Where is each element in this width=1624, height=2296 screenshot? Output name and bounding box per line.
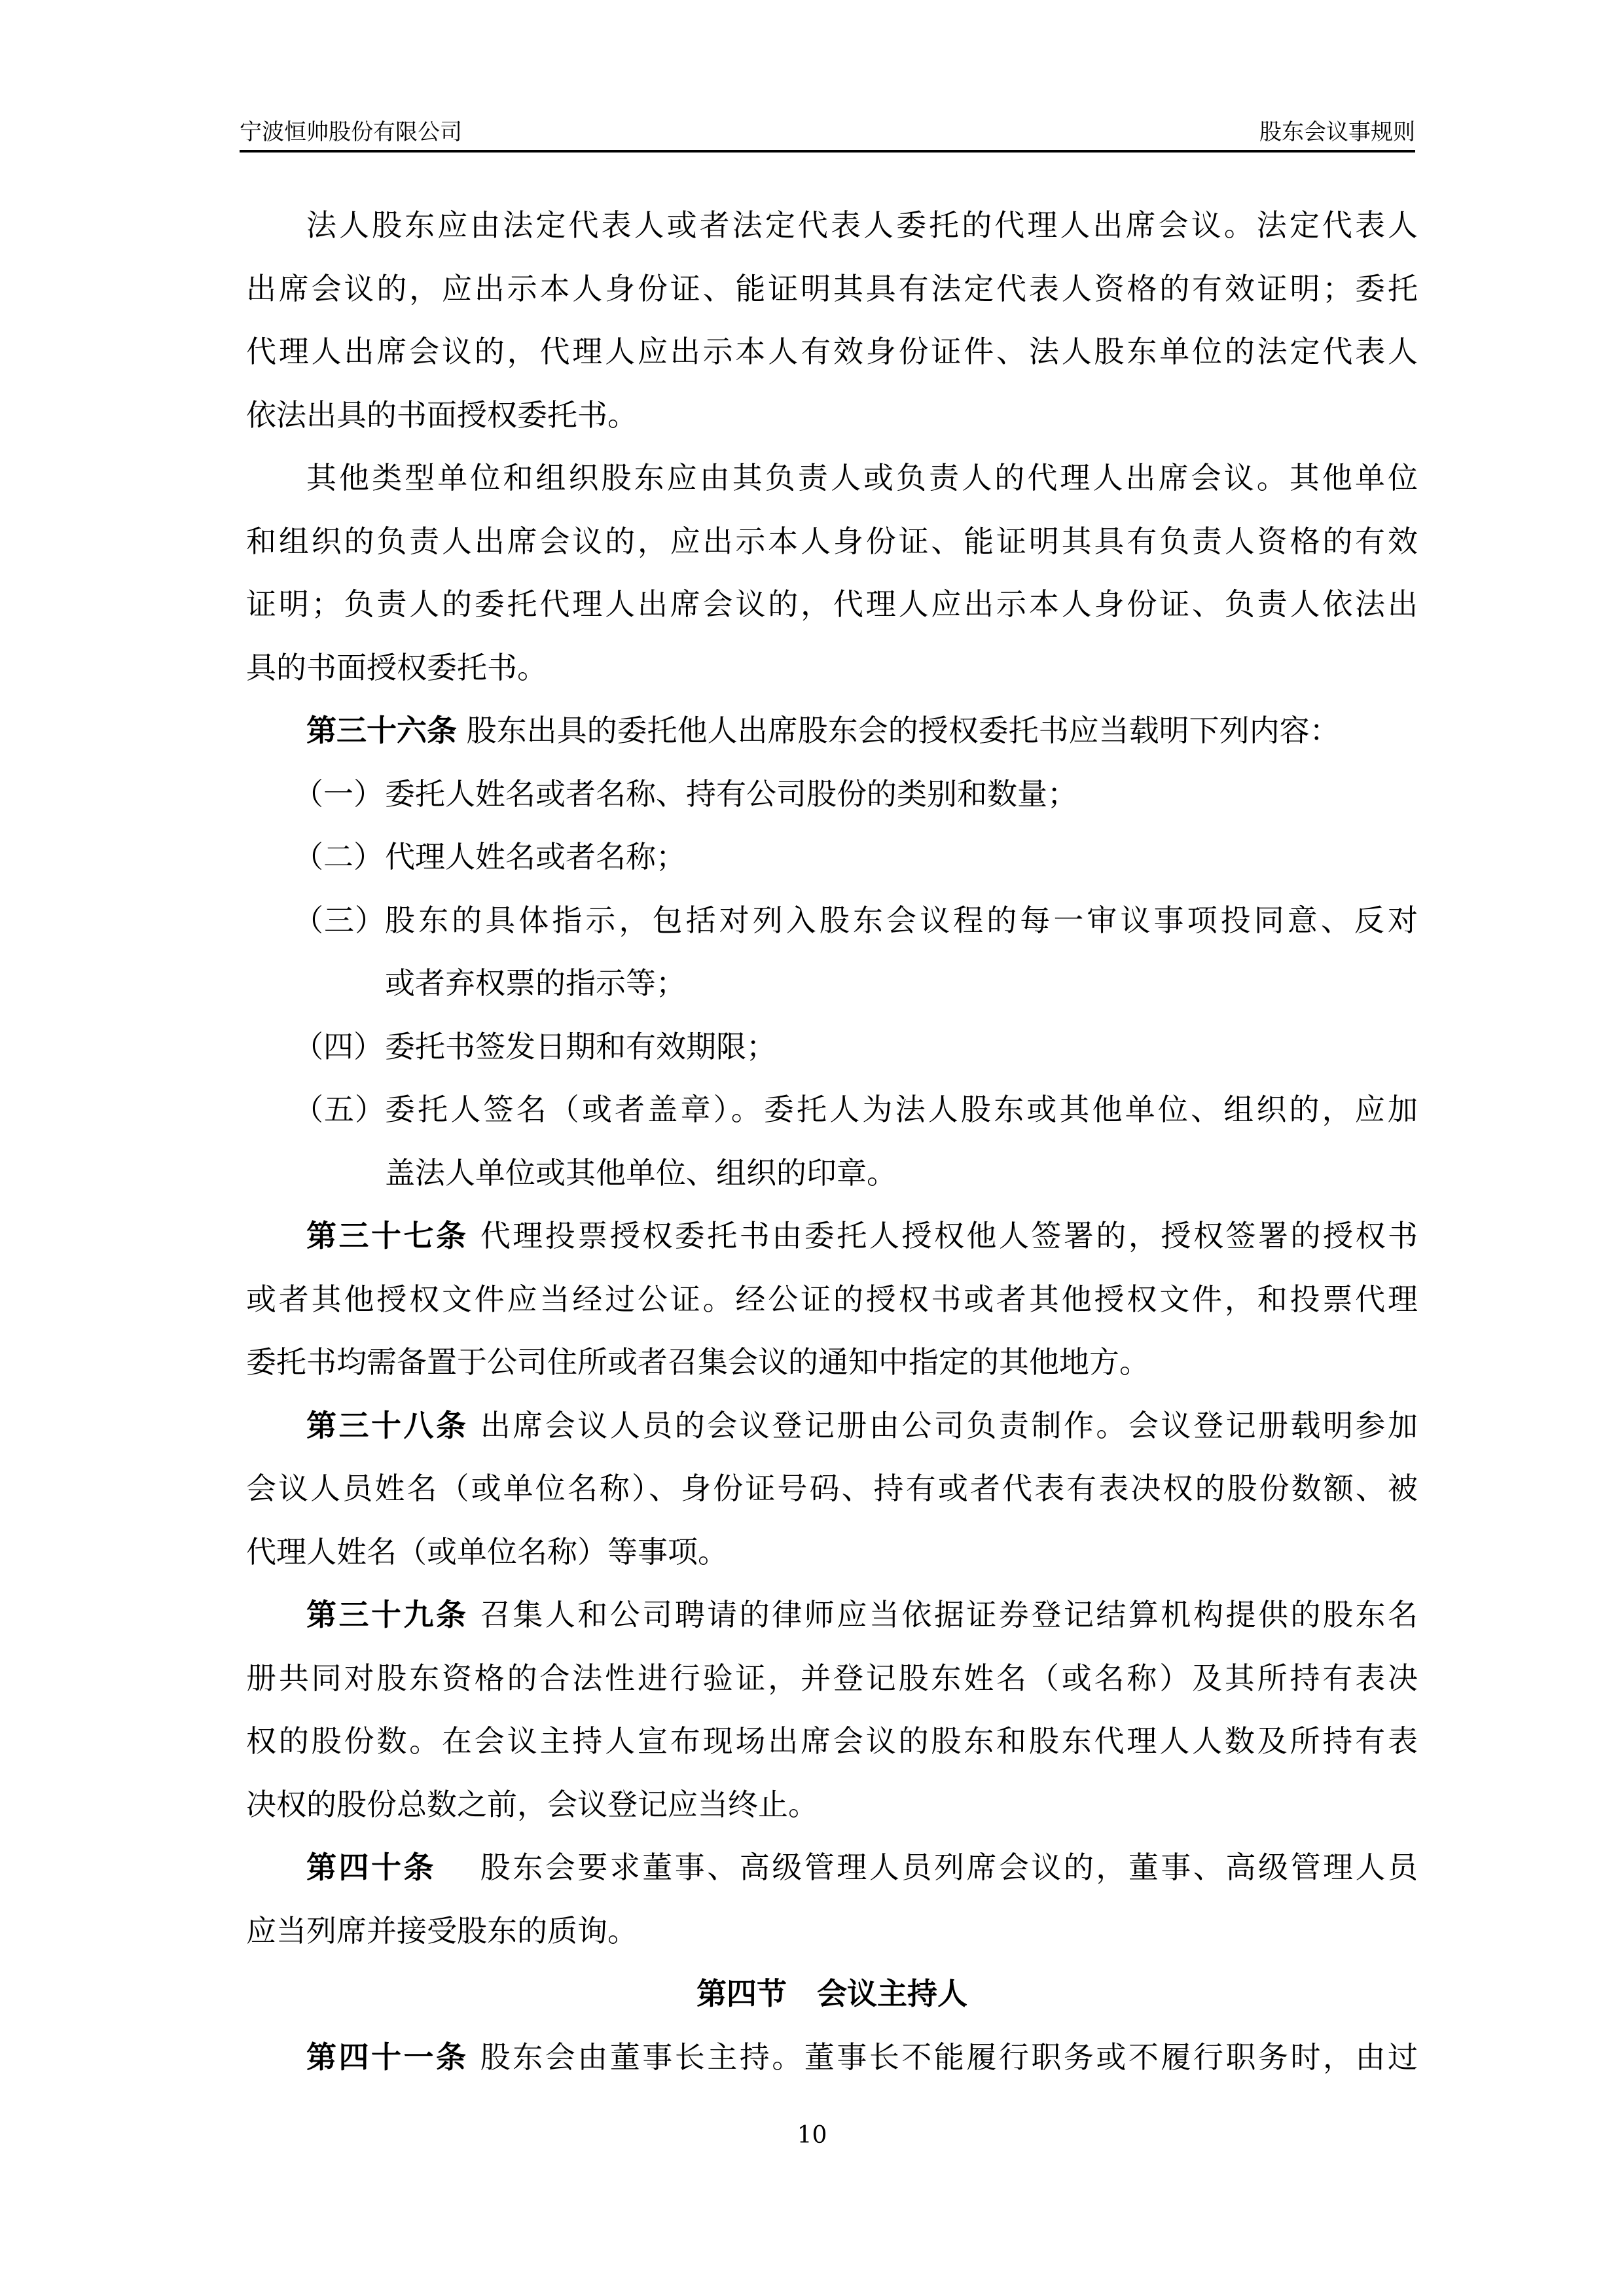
article-text: 股东会要求董事、高级管理人员列席会议的，董事、高级管理人员 bbox=[436, 1850, 1418, 1885]
list-item-2: （二）代理人姓名或者名称； bbox=[246, 825, 1418, 889]
paragraph-line: 证明；负责人的委托代理人出席会议的，代理人应出示本人身份证、负责人依法出 bbox=[246, 573, 1418, 636]
paragraph-line: 依法出具的书面授权委托书。 bbox=[246, 384, 1418, 447]
document-page: 宁波恒帅股份有限公司 股东会议事规则 法人股东应由法定代表人或者法定代表人委托的… bbox=[0, 0, 1624, 2296]
article-label: 第三十八条 bbox=[306, 1408, 469, 1443]
list-item-5: （五）委托人签名（或者盖章）。委托人为法人股东或其他单位、组织的，应加 bbox=[246, 1078, 1418, 1141]
paragraph-line: 决权的股份总数之前，会议登记应当终止。 bbox=[246, 1773, 1418, 1837]
article-text: 股东出具的委托他人出席股东会的授权委托书应当载明下列内容： bbox=[457, 713, 1340, 748]
article-41: 第四十一条 股东会由董事长主持。董事长不能履行职务或不履行职务时，由过 bbox=[246, 2026, 1418, 2089]
paragraph-line: 册共同对股东资格的合法性进行验证，并登记股东姓名（或名称）及其所持有表决 bbox=[246, 1647, 1418, 1710]
list-number: （四） bbox=[293, 1015, 385, 1079]
list-item-3: （三）股东的具体指示，包括对列入股东会议程的每一审议事项投同意、反对 bbox=[246, 889, 1418, 952]
list-text: 代理人姓名或者名称； bbox=[385, 825, 1418, 889]
article-text: 代理投票授权委托书由委托人授权他人签署的，授权签署的授权书 bbox=[469, 1218, 1418, 1253]
article-label: 第四十条 bbox=[306, 1850, 436, 1885]
page-header: 宁波恒帅股份有限公司 股东会议事规则 bbox=[240, 115, 1415, 149]
header-document-title: 股东会议事规则 bbox=[1259, 115, 1415, 149]
article-40: 第四十条 股东会要求董事、高级管理人员列席会议的，董事、高级管理人员 bbox=[246, 1836, 1418, 1899]
header-company-name: 宁波恒帅股份有限公司 bbox=[240, 115, 462, 149]
paragraph-line: 法人股东应由法定代表人或者法定代表人委托的代理人出席会议。法定代表人 bbox=[246, 194, 1418, 257]
list-text: 委托书签发日期和有效期限； bbox=[385, 1015, 1418, 1079]
list-item-3-continued: 或者弃权票的指示等； bbox=[246, 952, 1418, 1015]
paragraph-line: 出席会议的，应出示本人身份证、能证明其具有法定代表人资格的有效证明；委托 bbox=[246, 257, 1418, 321]
paragraph-line: 或者其他授权文件应当经过公证。经公证的授权书或者其他授权文件，和投票代理 bbox=[246, 1268, 1418, 1331]
page-number: 10 bbox=[0, 2122, 1624, 2149]
article-37: 第三十七条 代理投票授权委托书由委托人授权他人签署的，授权签署的授权书 bbox=[246, 1204, 1418, 1268]
paragraph-line: 代理人出席会议的，代理人应出示本人有效身份证件、法人股东单位的法定代表人 bbox=[246, 320, 1418, 384]
paragraph-line: 代理人姓名（或单位名称）等事项。 bbox=[246, 1520, 1418, 1584]
document-body: 法人股东应由法定代表人或者法定代表人委托的代理人出席会议。法定代表人 出席会议的… bbox=[246, 194, 1418, 2089]
list-number: （一） bbox=[293, 762, 385, 826]
list-number: （五） bbox=[293, 1078, 385, 1141]
paragraph-line: 委托书均需备置于公司住所或者召集会议的通知中指定的其他地方。 bbox=[246, 1331, 1418, 1394]
paragraph-line: 会议人员姓名（或单位名称）、身份证号码、持有或者代表有表决权的股份数额、被 bbox=[246, 1457, 1418, 1520]
article-38: 第三十八条 出席会议人员的会议登记册由公司负责制作。会议登记册载明参加 bbox=[246, 1394, 1418, 1458]
article-text: 股东会由董事长主持。董事长不能履行职务或不履行职务时，由过 bbox=[469, 2039, 1418, 2075]
header-divider bbox=[240, 150, 1415, 152]
list-number: （三） bbox=[293, 889, 385, 952]
paragraph-line: 和组织的负责人出席会议的，应出示本人身份证、能证明其具有负责人资格的有效 bbox=[246, 510, 1418, 573]
list-item-5-continued: 盖法人单位或其他单位、组织的印章。 bbox=[246, 1141, 1418, 1205]
paragraph-line: 应当列席并接受股东的质询。 bbox=[246, 1899, 1418, 1963]
list-text: 委托人签名（或者盖章）。委托人为法人股东或其他单位、组织的，应加 bbox=[385, 1078, 1418, 1141]
paragraph-line: 其他类型单位和组织股东应由其负责人或负责人的代理人出席会议。其他单位 bbox=[246, 446, 1418, 510]
article-label: 第四十一条 bbox=[306, 2039, 469, 2075]
section-title: 第四节 会议主持人 bbox=[246, 1962, 1418, 2026]
paragraph-line: 具的书面授权委托书。 bbox=[246, 636, 1418, 700]
paragraph-line: 权的股份数。在会议主持人宣布现场出席会议的股东和股东代理人人数及所持有表 bbox=[246, 1710, 1418, 1773]
article-label: 第三十九条 bbox=[306, 1597, 469, 1632]
article-label: 第三十六条 bbox=[306, 713, 457, 748]
article-text: 出席会议人员的会议登记册由公司负责制作。会议登记册载明参加 bbox=[469, 1408, 1418, 1443]
list-item-4: （四）委托书签发日期和有效期限； bbox=[246, 1015, 1418, 1079]
list-number: （二） bbox=[293, 825, 385, 889]
list-text: 委托人姓名或者名称、持有公司股份的类别和数量； bbox=[385, 762, 1418, 826]
article-36: 第三十六条 股东出具的委托他人出席股东会的授权委托书应当载明下列内容： bbox=[246, 699, 1418, 762]
article-39: 第三十九条 召集人和公司聘请的律师应当依据证券登记结算机构提供的股东名 bbox=[246, 1583, 1418, 1647]
article-label: 第三十七条 bbox=[306, 1218, 469, 1253]
list-item-1: （一）委托人姓名或者名称、持有公司股份的类别和数量； bbox=[246, 762, 1418, 826]
list-text: 股东的具体指示，包括对列入股东会议程的每一审议事项投同意、反对 bbox=[385, 889, 1418, 952]
article-text: 召集人和公司聘请的律师应当依据证券登记结算机构提供的股东名 bbox=[469, 1597, 1418, 1632]
